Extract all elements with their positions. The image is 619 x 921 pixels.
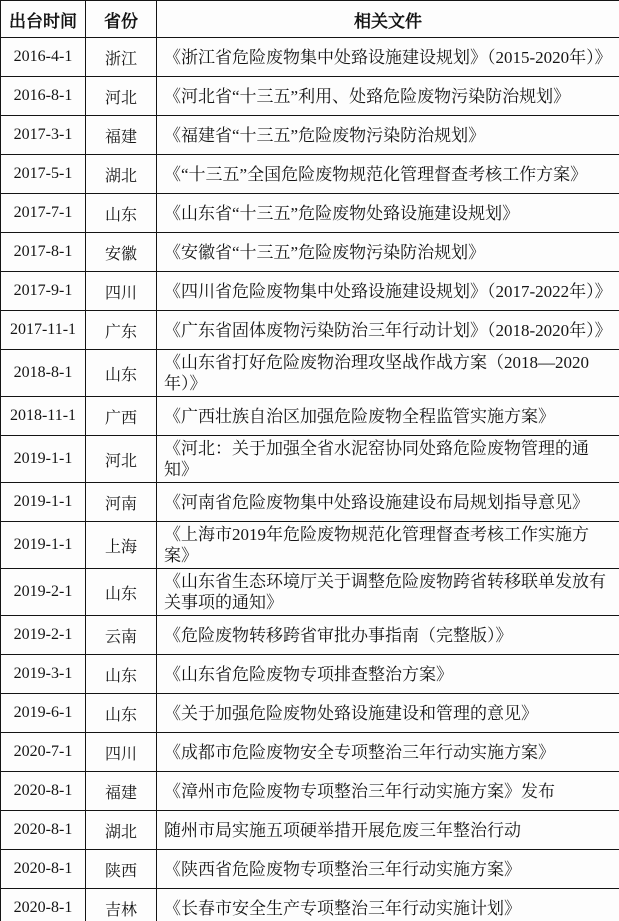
document-cell: 《山东省“十三五”危险废物处臵设施建设规划》 (157, 194, 619, 233)
date-cell: 2017-11-1 (1, 311, 86, 350)
document-cell: 《河南省危险废物集中处臵设施建设布局规划指导意见》 (157, 483, 619, 522)
table-row: 2019-1-1河北《河北：关于加强全省水泥窑协同处臵危险废物管理的通知》 (1, 436, 619, 483)
province-cell: 湖北 (86, 811, 157, 850)
date-cell: 2020-8-1 (1, 772, 86, 811)
province-cell: 陕西 (86, 850, 157, 889)
document-cell: 随州市局实施五项硬举措开展危废三年整治行动 (157, 811, 619, 850)
table-row: 2016-4-1浙江《浙江省危险废物集中处臵设施建设规划》（2015-2020年… (1, 38, 619, 77)
province-cell: 河北 (86, 436, 157, 483)
province-cell: 山东 (86, 569, 157, 616)
document-cell: 《陕西省危险废物专项整治三年行动实施方案》 (157, 850, 619, 889)
document-cell: 《山东省危险废物专项排查整治方案》 (157, 655, 619, 694)
date-cell: 2020-8-1 (1, 850, 86, 889)
province-cell: 山东 (86, 194, 157, 233)
date-cell: 2019-6-1 (1, 694, 86, 733)
table-row: 2020-8-1湖北随州市局实施五项硬举措开展危废三年整治行动 (1, 811, 619, 850)
province-cell: 山东 (86, 655, 157, 694)
document-cell: 《成都市危险废物安全专项整治三年行动实施方案》 (157, 733, 619, 772)
province-cell: 广西 (86, 397, 157, 436)
province-cell: 上海 (86, 522, 157, 569)
document-cell: 《浙江省危险废物集中处臵设施建设规划》（2015-2020年）》 (157, 38, 619, 77)
document-cell: 《山东省打好危险废物治理攻坚战作战方案（2018—2020年）》 (157, 350, 619, 397)
table-row: 2019-2-1山东《山东省生态环境厅关于调整危险废物跨省转移联单发放有关事项的… (1, 569, 619, 616)
table-row: 2019-1-1上海《上海市2019年危险废物规范化管理督查考核工作实施方案》 (1, 522, 619, 569)
document-cell: 《广西壮族自治区加强危险废物全程监管实施方案》 (157, 397, 619, 436)
date-cell: 2018-8-1 (1, 350, 86, 397)
province-cell: 四川 (86, 272, 157, 311)
date-cell: 2017-5-1 (1, 155, 86, 194)
province-cell: 河南 (86, 483, 157, 522)
table-body: 2016-4-1浙江《浙江省危险废物集中处臵设施建设规划》（2015-2020年… (1, 38, 619, 921)
province-cell: 山东 (86, 694, 157, 733)
date-cell: 2019-2-1 (1, 569, 86, 616)
date-cell: 2019-3-1 (1, 655, 86, 694)
date-cell: 2016-4-1 (1, 38, 86, 77)
table-row: 2017-9-1四川《四川省危险废物集中处臵设施建设规划》（2017-2022年… (1, 272, 619, 311)
table-row: 2017-8-1安徽《安徽省“十三五”危险废物污染防治规划》 (1, 233, 619, 272)
table-row: 2020-7-1四川《成都市危险废物安全专项整治三年行动实施方案》 (1, 733, 619, 772)
policy-documents-table: 出台时间 省份 相关文件 2016-4-1浙江《浙江省危险废物集中处臵设施建设规… (0, 0, 619, 921)
table-row: 2017-3-1福建《福建省“十三五”危险废物污染防治规划》 (1, 116, 619, 155)
province-cell: 吉林 (86, 889, 157, 921)
table-row: 2018-11-1广西《广西壮族自治区加强危险废物全程监管实施方案》 (1, 397, 619, 436)
table-row: 2017-7-1山东《山东省“十三五”危险废物处臵设施建设规划》 (1, 194, 619, 233)
province-cell: 山东 (86, 350, 157, 397)
date-cell: 2018-11-1 (1, 397, 86, 436)
document-cell: 《漳州市危险废物专项整治三年行动实施方案》发布 (157, 772, 619, 811)
header-row: 出台时间 省份 相关文件 (1, 1, 619, 38)
document-cell: 《关于加强危险废物处臵设施建设和管理的意见》 (157, 694, 619, 733)
date-cell: 2019-1-1 (1, 483, 86, 522)
province-cell: 福建 (86, 772, 157, 811)
date-cell: 2020-8-1 (1, 811, 86, 850)
document-cell: 《危险废物转移跨省审批办事指南（完整版）》 (157, 616, 619, 655)
document-cell: 《长春市安全生产专项整治三年行动实施计划》 (157, 889, 619, 921)
date-cell: 2017-9-1 (1, 272, 86, 311)
table-row: 2019-1-1河南《河南省危险废物集中处臵设施建设布局规划指导意见》 (1, 483, 619, 522)
date-cell: 2017-3-1 (1, 116, 86, 155)
table-row: 2017-5-1湖北《“十三五”全国危险废物规范化管理督查考核工作方案》 (1, 155, 619, 194)
date-cell: 2019-1-1 (1, 436, 86, 483)
document-cell: 《“十三五”全国危险废物规范化管理督查考核工作方案》 (157, 155, 619, 194)
document-cell: 《安徽省“十三五”危险废物污染防治规划》 (157, 233, 619, 272)
document-cell: 《山东省生态环境厅关于调整危险废物跨省转移联单发放有关事项的通知》 (157, 569, 619, 616)
date-cell: 2020-7-1 (1, 733, 86, 772)
table-row: 2020-8-1吉林《长春市安全生产专项整治三年行动实施计划》 (1, 889, 619, 921)
table-row: 2016-8-1河北《河北省“十三五”利用、处臵危险废物污染防治规划》 (1, 77, 619, 116)
province-cell: 广东 (86, 311, 157, 350)
document-cell: 《四川省危险废物集中处臵设施建设规划》（2017-2022年）》 (157, 272, 619, 311)
date-cell: 2019-2-1 (1, 616, 86, 655)
date-cell: 2019-1-1 (1, 522, 86, 569)
date-cell: 2017-7-1 (1, 194, 86, 233)
province-cell: 湖北 (86, 155, 157, 194)
table-row: 2020-8-1福建《漳州市危险废物专项整治三年行动实施方案》发布 (1, 772, 619, 811)
date-cell: 2020-8-1 (1, 889, 86, 921)
table-row: 2018-8-1山东《山东省打好危险废物治理攻坚战作战方案（2018—2020年… (1, 350, 619, 397)
table-row: 2019-6-1山东《关于加强危险废物处臵设施建设和管理的意见》 (1, 694, 619, 733)
table-row: 2019-3-1山东《山东省危险废物专项排查整治方案》 (1, 655, 619, 694)
date-cell: 2017-8-1 (1, 233, 86, 272)
table-row: 2019-2-1云南《危险废物转移跨省审批办事指南（完整版）》 (1, 616, 619, 655)
province-cell: 河北 (86, 77, 157, 116)
document-cell: 《广东省固体废物污染防治三年行动计划》（2018-2020年）》 (157, 311, 619, 350)
province-cell: 云南 (86, 616, 157, 655)
document-cell: 《河北：关于加强全省水泥窑协同处臵危险废物管理的通知》 (157, 436, 619, 483)
province-cell: 福建 (86, 116, 157, 155)
table-row: 2017-11-1广东《广东省固体废物污染防治三年行动计划》（2018-2020… (1, 311, 619, 350)
col-header-province: 省份 (86, 1, 157, 38)
document-cell: 《福建省“十三五”危险废物污染防治规划》 (157, 116, 619, 155)
col-header-related-document: 相关文件 (157, 1, 619, 38)
document-cell: 《河北省“十三五”利用、处臵危险废物污染防治规划》 (157, 77, 619, 116)
province-cell: 安徽 (86, 233, 157, 272)
province-cell: 四川 (86, 733, 157, 772)
document-cell: 《上海市2019年危险废物规范化管理督查考核工作实施方案》 (157, 522, 619, 569)
col-header-release-date: 出台时间 (1, 1, 86, 38)
table-row: 2020-8-1陕西《陕西省危险废物专项整治三年行动实施方案》 (1, 850, 619, 889)
date-cell: 2016-8-1 (1, 77, 86, 116)
province-cell: 浙江 (86, 38, 157, 77)
